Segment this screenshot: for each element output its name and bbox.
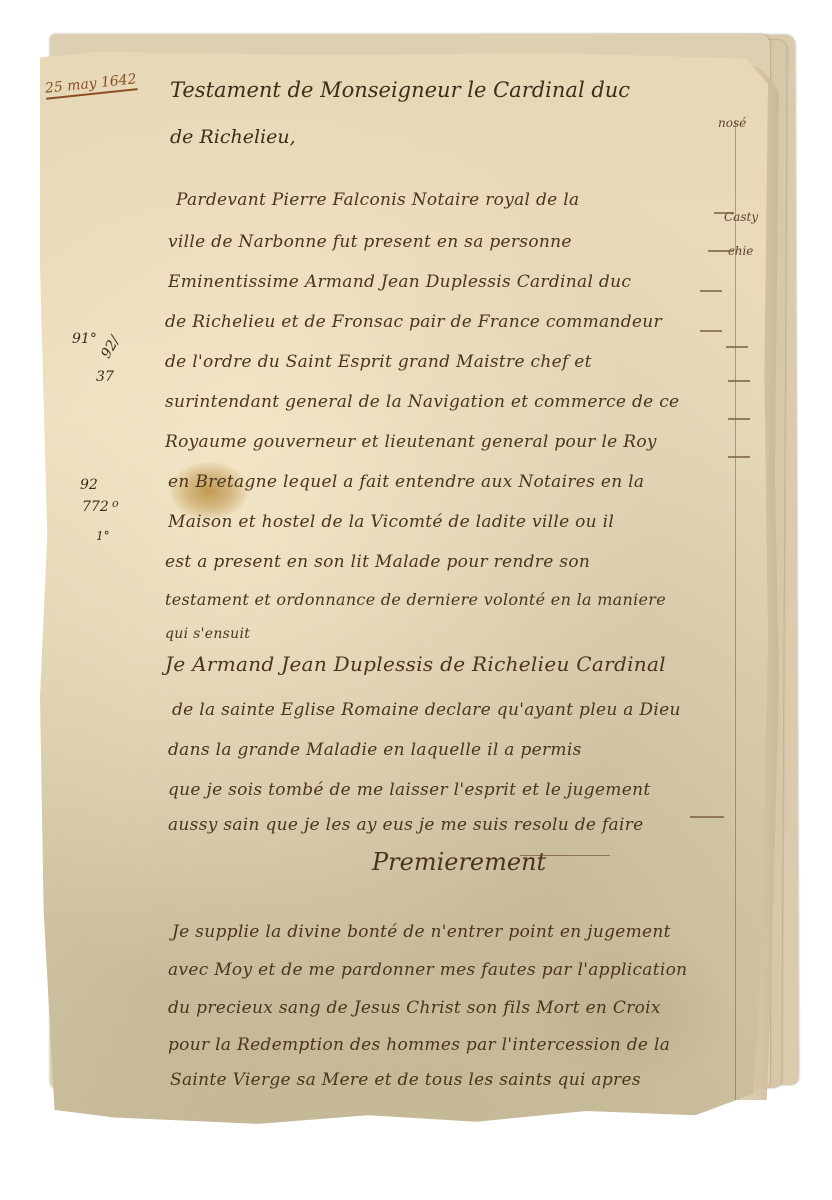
- text-line: de Richelieu et de Fronsac pair de Franc…: [165, 312, 662, 332]
- text-line: est a present en son lit Malade pour ren…: [165, 552, 590, 572]
- line-end-rule: [700, 290, 722, 292]
- margin-note-right: nosé: [718, 116, 746, 130]
- text-line: en Bretagne lequel a fait entendre aux N…: [168, 472, 644, 492]
- text-line: ville de Narbonne fut present en sa pers…: [168, 232, 572, 252]
- text-line: Royaume gouverneur et lieutenant general…: [165, 432, 657, 452]
- declaration-line: dans la grande Maladie en laquelle il a …: [168, 740, 582, 760]
- fold-line: [735, 120, 736, 1100]
- text-line: Maison et hostel de la Vicomté de ladite…: [168, 512, 614, 532]
- line-end-rule: [726, 346, 748, 348]
- declaration-line: aussy sain que je les ay eus je me suis …: [168, 815, 644, 835]
- article-line: du precieux sang de Jesus Christ son fil…: [168, 998, 661, 1018]
- declaration-line: Je Armand Jean Duplessis de Richelieu Ca…: [165, 652, 666, 676]
- document-title-line2: de Richelieu,: [170, 126, 296, 148]
- article-line: avec Moy et de me pardonner mes fautes p…: [168, 960, 687, 980]
- text-line: testament et ordonnance de derniere volo…: [165, 590, 666, 609]
- margin-note: 91°: [72, 332, 97, 347]
- margin-note: 92: [80, 478, 98, 493]
- title-text: Testament de Monseigneur le Cardinal duc: [170, 78, 630, 102]
- declaration-line: que je sois tombé de me laisser l'esprit…: [168, 780, 650, 800]
- document-title: Testament de Monseigneur le Cardinal duc: [170, 78, 630, 102]
- text-line: de l'ordre du Saint Esprit grand Maistre…: [165, 352, 592, 372]
- line-end-rule: [700, 330, 722, 332]
- article-line: Je supplie la divine bonté de n'entrer p…: [172, 922, 671, 942]
- line-end-rule: [708, 250, 734, 252]
- line-end-rule: [714, 212, 734, 214]
- article-line: Sainte Vierge sa Mere et de tous les sai…: [170, 1070, 641, 1090]
- line-end-rule: [728, 456, 750, 458]
- line-end-rule: [690, 816, 724, 818]
- article-line: pour la Redemption des hommes par l'inte…: [168, 1035, 670, 1055]
- line-end-rule: [728, 380, 750, 382]
- text-line: surintendant general de la Navigation et…: [165, 392, 679, 412]
- text-line: Eminentissime Armand Jean Duplessis Card…: [168, 272, 631, 292]
- margin-note: 37: [96, 370, 114, 385]
- margin-note: 1°: [96, 530, 110, 543]
- margin-note: 772: [82, 500, 109, 515]
- section-heading: Premierement: [372, 848, 546, 876]
- declaration-line: de la sainte Eglise Romaine declare qu'a…: [172, 700, 681, 720]
- heading-flourish: [520, 855, 610, 856]
- line-end-rule: [728, 418, 750, 420]
- text-line: qui s'ensuit: [165, 626, 250, 642]
- text-line: Pardevant Pierre Falconis Notaire royal …: [176, 190, 579, 210]
- margin-note: o: [112, 498, 119, 510]
